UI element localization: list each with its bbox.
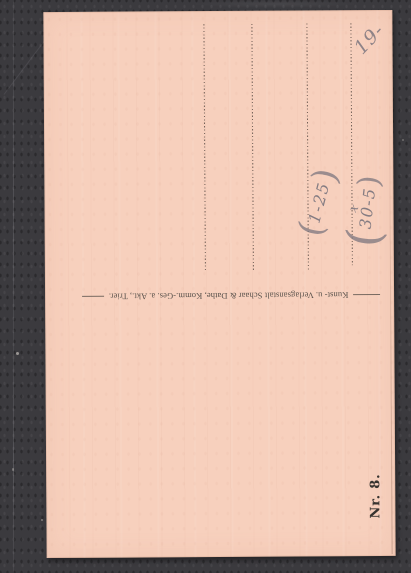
sleeve-scratch-vertical bbox=[13, 0, 14, 573]
paper-texture bbox=[43, 10, 395, 558]
scanner-smudge bbox=[190, 0, 360, 8]
imprint-rule-end bbox=[82, 296, 104, 297]
dust-speck bbox=[16, 352, 19, 355]
handwritten-price-note-2: ( 30-5 ) bbox=[350, 170, 383, 252]
pencil-paren-close: ) bbox=[369, 176, 370, 188]
pencil-price-value: 30-5 bbox=[355, 186, 379, 230]
dust-speck bbox=[41, 519, 43, 521]
imprint-text: Kunst- u. Verlagsanstalt Schaar & Dathe,… bbox=[109, 290, 349, 301]
pencil-paren-open: ( bbox=[310, 223, 313, 236]
scan-background: Kunst- u. Verlagsanstalt Schaar & Dathe,… bbox=[0, 0, 411, 573]
pencil-paren-close: ) bbox=[324, 169, 327, 182]
imprint-rule-start bbox=[353, 295, 380, 296]
dust-speck bbox=[402, 139, 404, 141]
pencil-paren-open: ( bbox=[362, 229, 364, 247]
series-number: Nr. 8. bbox=[367, 471, 385, 521]
postcard: Kunst- u. Verlagsanstalt Schaar & Dathe,… bbox=[43, 10, 395, 558]
dust-speck bbox=[12, 468, 14, 471]
publisher-imprint: Kunst- u. Verlagsanstalt Schaar & Dathe,… bbox=[67, 289, 395, 303]
